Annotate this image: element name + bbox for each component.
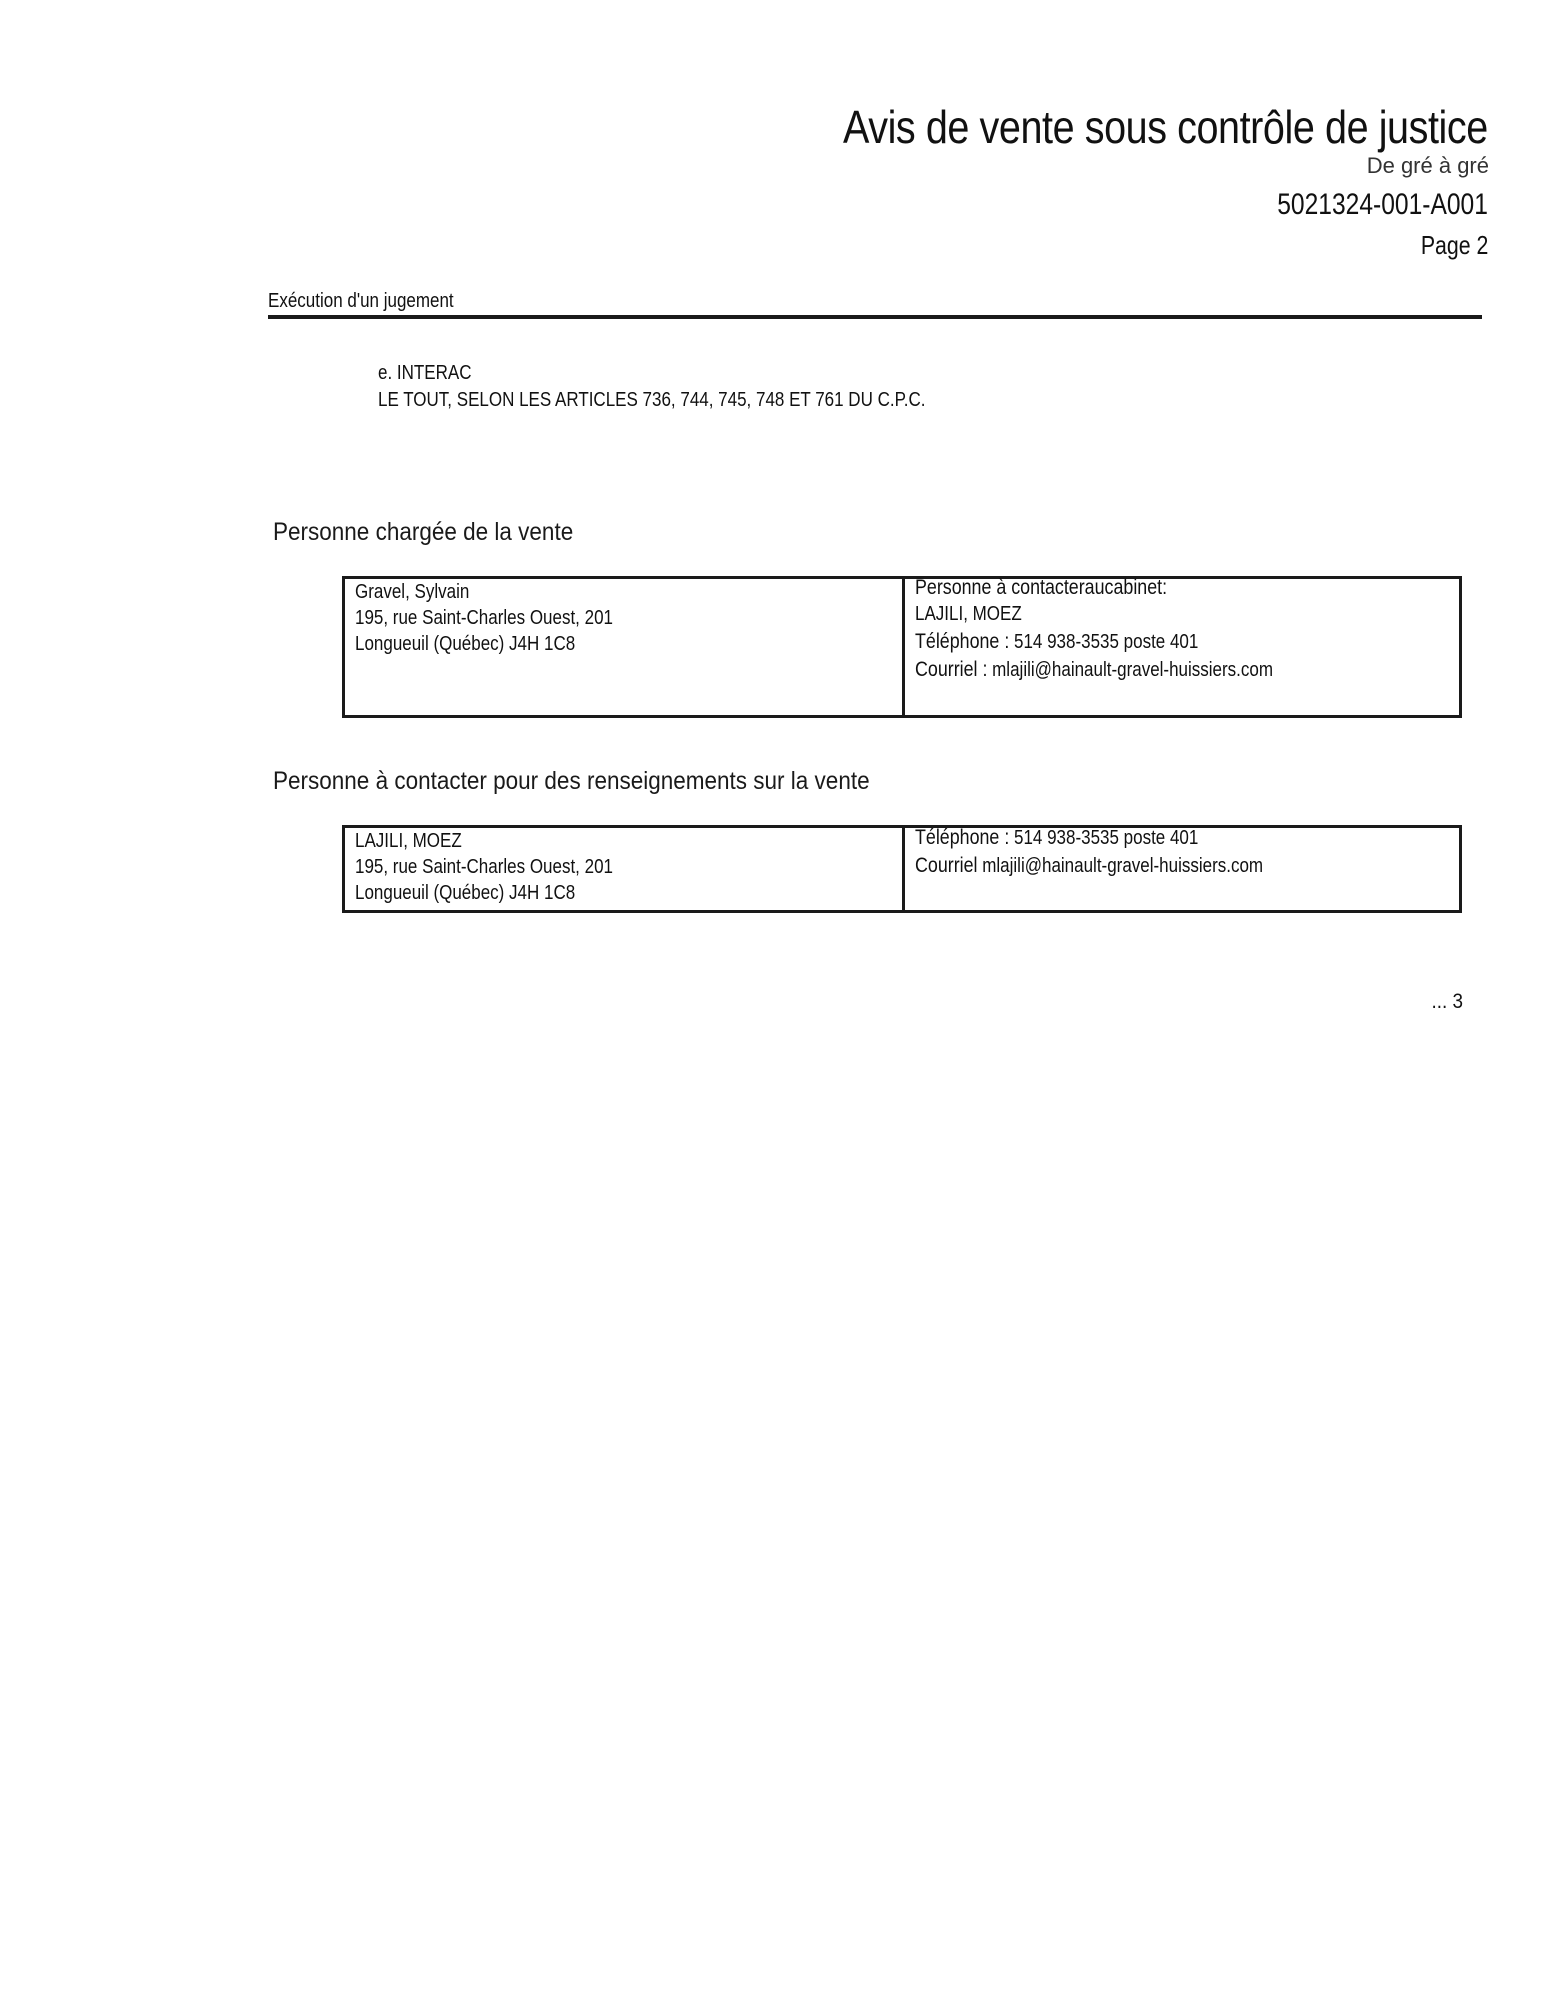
info-contact-phone-line: Téléphone : 514 938-3535 poste 401 — [915, 824, 1377, 852]
seller-email-link[interactable]: mlajili@hainault-gravel-huissiers.com — [992, 659, 1273, 681]
seller-contact-cell: Personne à contacteraucabinet: LAJILI, M… — [905, 574, 1459, 715]
body-line-articles: LE TOUT, SELON LES ARTICLES 736, 744, 74… — [378, 389, 925, 412]
section-label: Exécution d'un jugement — [268, 290, 454, 313]
seller-box: Gravel, Sylvain 195, rue Saint-Charles O… — [342, 576, 1462, 718]
info-contact-phone-value: 514 938-3535 poste 401 — [1014, 827, 1198, 849]
info-contact-email-link[interactable]: mlajili@hainault-gravel-huissiers.com — [982, 855, 1263, 877]
seller-contact-name: LAJILI, MOEZ — [915, 601, 1377, 628]
seller-phone-line: Téléphone : 514 938-3535 poste 401 — [915, 628, 1377, 656]
info-contact-email-line: Courriel mlajili@hainault-gravel-huissie… — [915, 852, 1377, 880]
continuation-marker: ... 3 — [1431, 990, 1463, 1014]
document-reference: 5021324-001-A001 — [1277, 188, 1488, 222]
seller-contact-label: Personne à contacteraucabinet: — [915, 574, 1377, 601]
info-contact-heading: Personne à contacter pour des renseignem… — [273, 767, 870, 796]
document-subtitle: De gré à gré — [1367, 153, 1489, 179]
info-contact-phone-label: Téléphone : — [915, 826, 1009, 849]
body-line-payment: e. INTERAC — [378, 362, 472, 385]
info-contact-box: LAJILI, MOEZ 195, rue Saint-Charles Oues… — [342, 825, 1462, 913]
section-divider — [268, 315, 1482, 319]
seller-address-cell: Gravel, Sylvain 195, rue Saint-Charles O… — [345, 579, 905, 715]
info-contact-address-line2: Longueuil (Québec) J4H 1C8 — [355, 880, 820, 906]
seller-name: Gravel, Sylvain — [355, 579, 820, 605]
seller-address-line1: 195, rue Saint-Charles Ouest, 201 — [355, 605, 820, 631]
document-title: Avis de vente sous contrôle de justice — [843, 100, 1488, 154]
seller-phone-value: 514 938-3535 poste 401 — [1014, 631, 1198, 653]
info-contact-email-label: Courriel — [915, 854, 978, 877]
info-contact-address-cell: LAJILI, MOEZ 195, rue Saint-Charles Oues… — [345, 828, 905, 910]
seller-address-line2: Longueuil (Québec) J4H 1C8 — [355, 631, 820, 657]
info-contact-details-cell: Téléphone : 514 938-3535 poste 401 Courr… — [905, 824, 1459, 910]
info-contact-address-line1: 195, rue Saint-Charles Ouest, 201 — [355, 854, 820, 880]
info-contact-name: LAJILI, MOEZ — [355, 828, 820, 854]
seller-email-line: Courriel : mlajili@hainault-gravel-huiss… — [915, 656, 1377, 684]
seller-heading: Personne chargée de la vente — [273, 518, 573, 547]
seller-email-label: Courriel : — [915, 658, 987, 681]
page-number: Page 2 — [1420, 230, 1488, 261]
seller-phone-label: Téléphone : — [915, 630, 1009, 653]
